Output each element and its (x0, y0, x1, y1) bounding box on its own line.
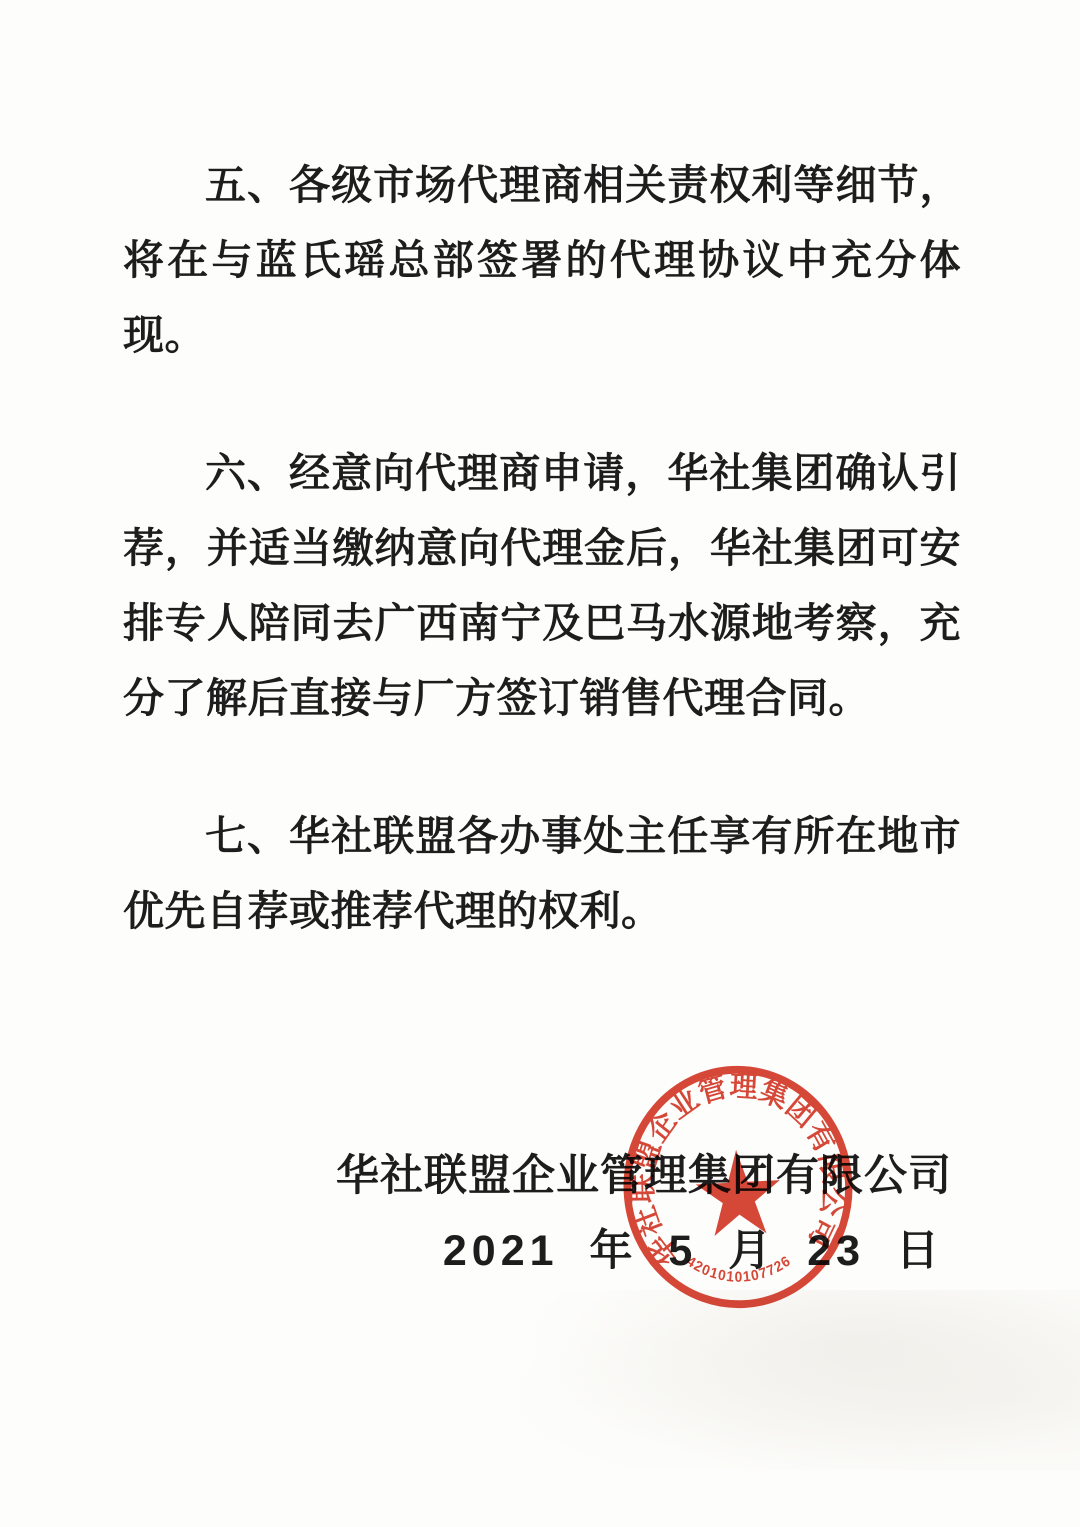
document-body: 五、各级市场代理商相关责权利等细节，将在与蓝氏瑶总部签署的代理协议中充分体现。 … (123, 148, 961, 1012)
signature-date: 2021 年 5 月 23 日 (336, 1214, 952, 1289)
scan-texture (520, 1290, 1080, 1470)
paragraph-item-5: 五、各级市场代理商相关责权利等细节，将在与蓝氏瑶总部签署的代理协议中充分体现。 (123, 148, 961, 373)
paragraph-item-7: 七、华社联盟各办事处主任享有所在地市优先自荐或推荐代理的权利。 (123, 799, 961, 949)
paragraph-item-6: 六、经意向代理商申请，华社集团确认引荐，并适当缴纳意向代理金后，华社集团可安排专… (123, 436, 961, 736)
document-page: 五、各级市场代理商相关责权利等细节，将在与蓝氏瑶总部签署的代理协议中充分体现。 … (0, 0, 1080, 1527)
signature-block: 华社联盟企业管理集团有限公司 2021 年 5 月 23 日 (336, 1139, 952, 1289)
signature-company: 华社联盟企业管理集团有限公司 (336, 1139, 952, 1214)
